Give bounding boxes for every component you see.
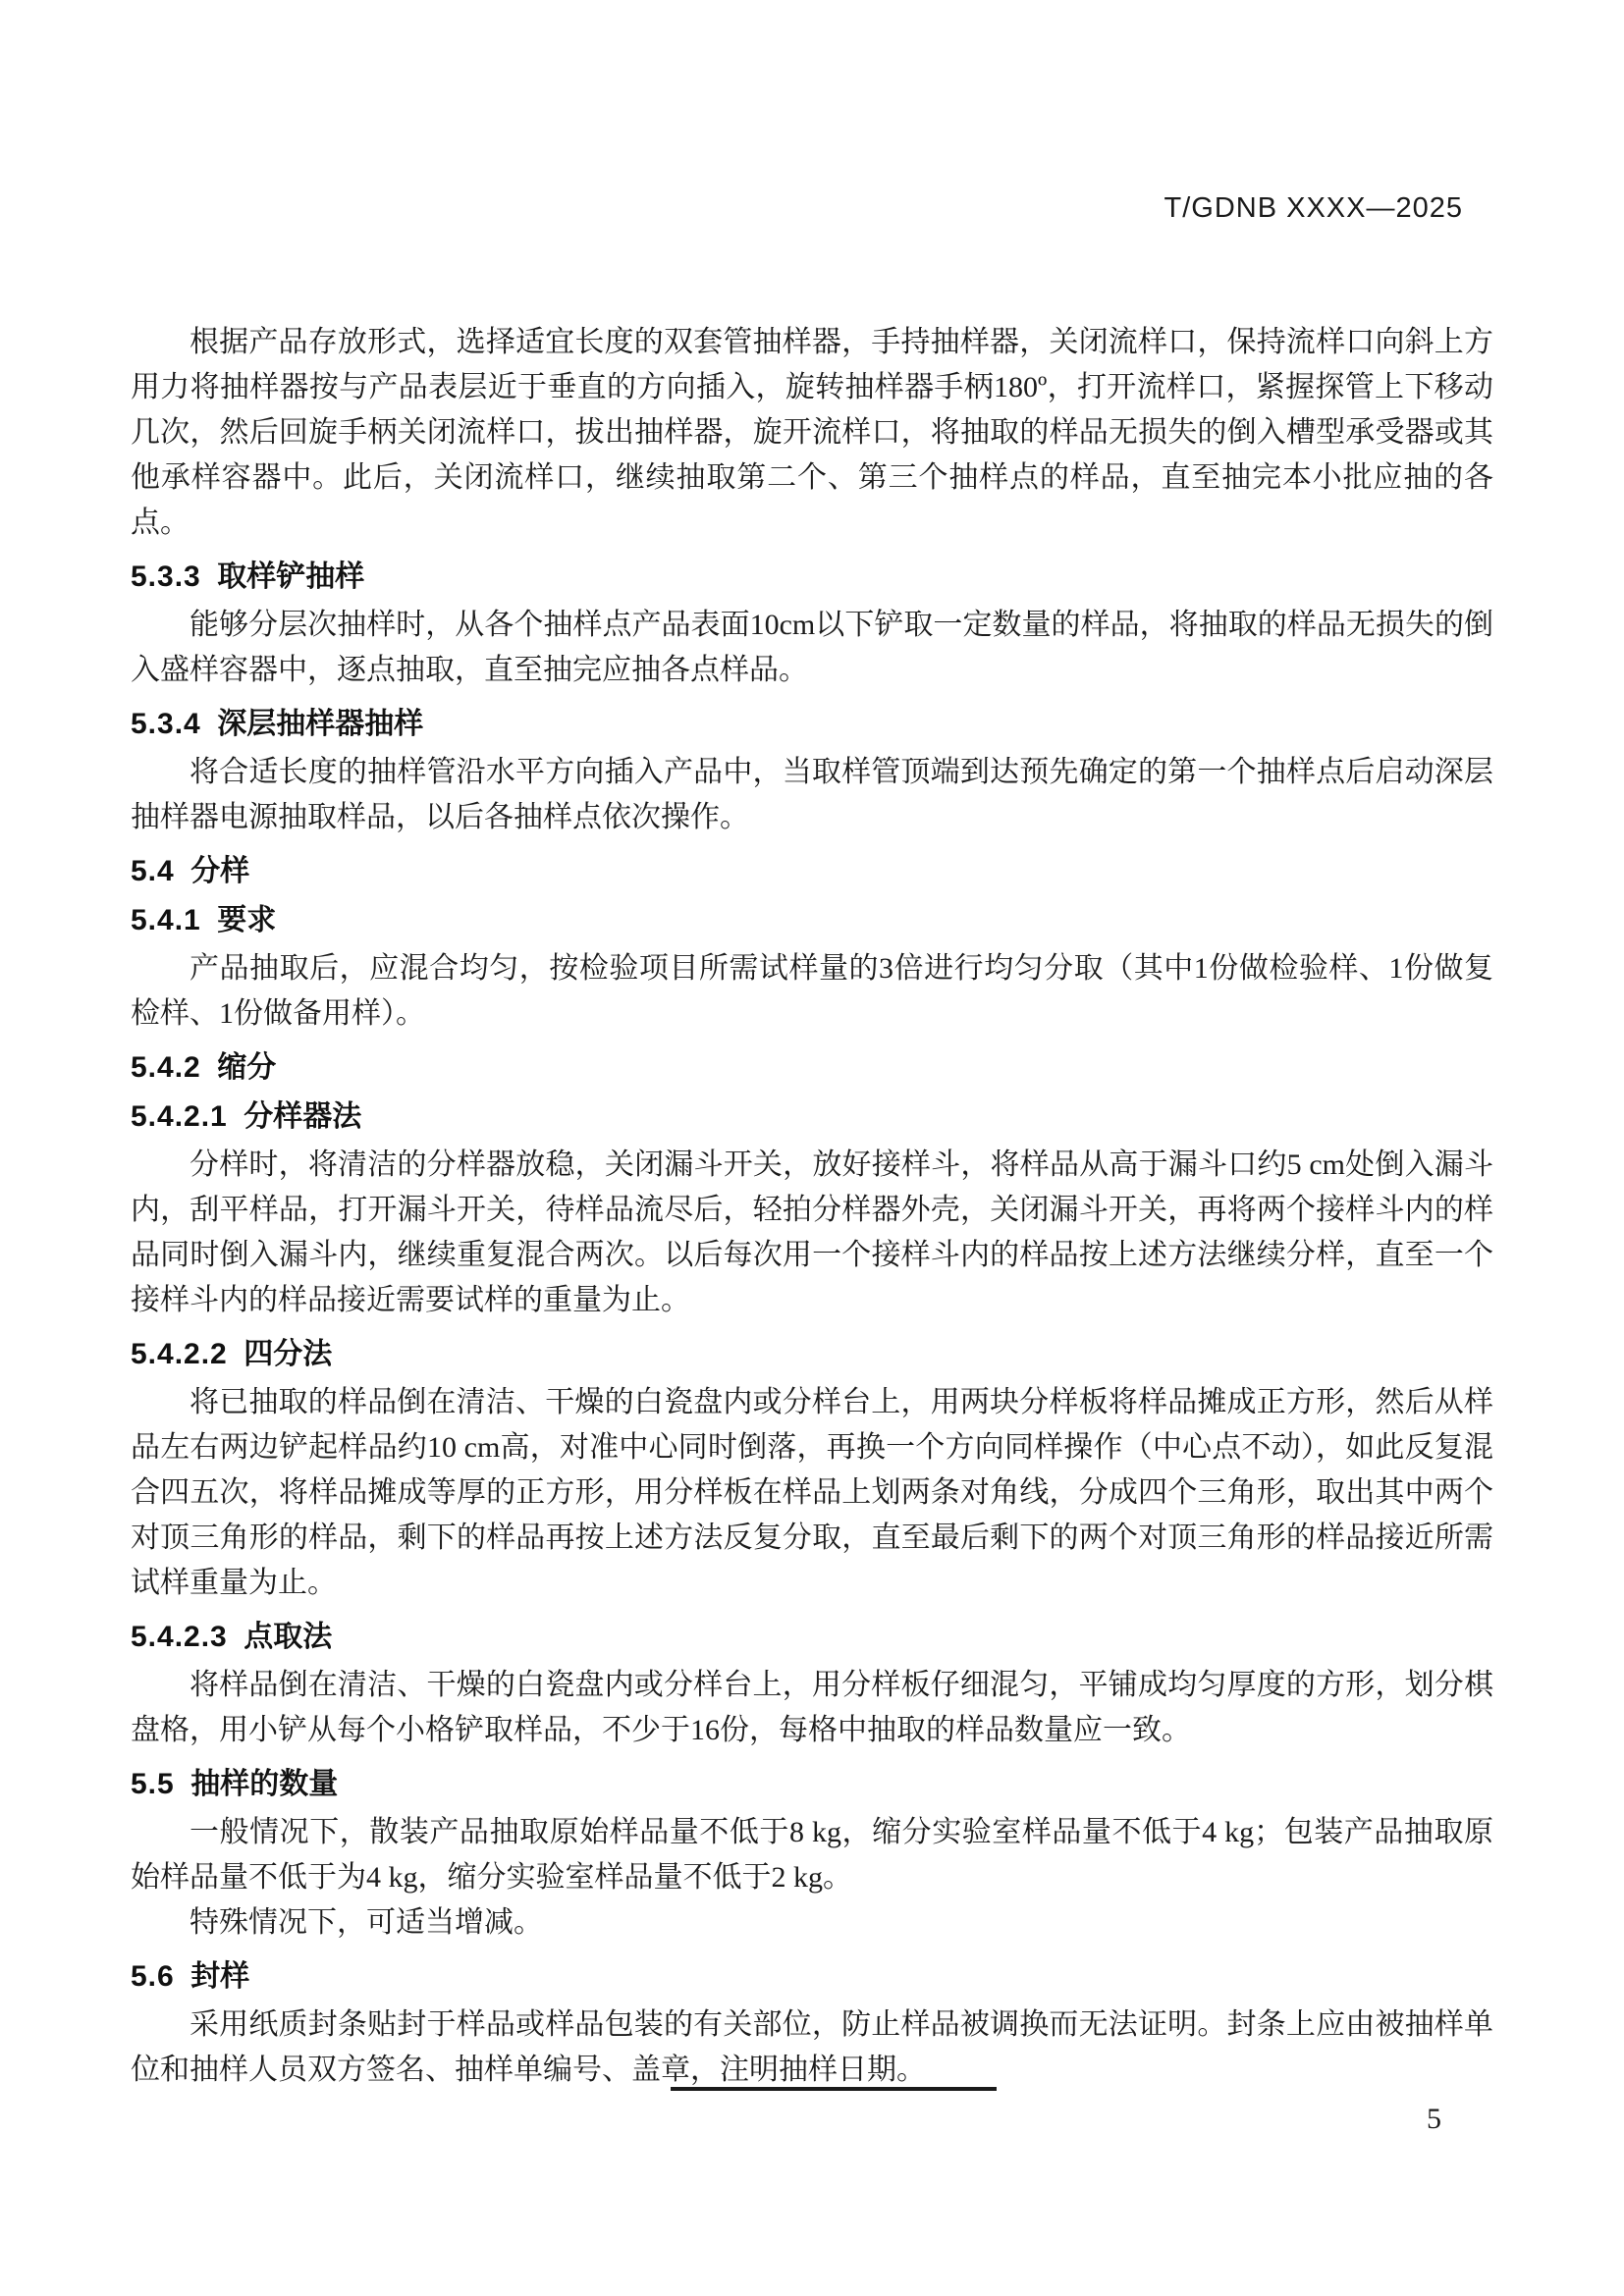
paragraph-deep-sampler: 将合适长度的抽样管沿水平方向插入产品中，当取样管顶端到达预先确定的第一个抽样点后… — [131, 750, 1493, 840]
heading-title: 封样 — [190, 1960, 249, 1993]
heading-number: 5.6 — [131, 1960, 175, 1993]
paragraph-special-cases: 特殊情况下，可适当增减。 — [131, 1900, 1493, 1946]
section-heading-5-3-4: 5.3.4深层抽样器抽样 — [131, 707, 1493, 742]
paragraph-point-picking-method: 将样品倒在清洁、干燥的白瓷盘内或分样台上，用分样板仔细混匀，平铺成均匀厚度的方形… — [131, 1663, 1493, 1753]
section-heading-5-4-2-1: 5.4.2.1分样器法 — [131, 1099, 1493, 1135]
paragraph-divider-method: 分样时，将清洁的分样器放稳，关闭漏斗开关，放好接样斗，将样品从高于漏斗口约5 c… — [131, 1143, 1493, 1323]
heading-title: 抽样的数量 — [190, 1768, 338, 1800]
heading-number: 5.5 — [131, 1768, 175, 1800]
section-heading-5-4: 5.4分样 — [131, 854, 1493, 889]
header-doc-code: T/GDNB XXXX—2025 — [1164, 192, 1464, 225]
section-heading-5-4-2-3: 5.4.2.3点取法 — [131, 1620, 1493, 1655]
heading-number: 5.4.1 — [131, 904, 201, 936]
heading-title: 四分法 — [244, 1338, 332, 1370]
footer-rule — [671, 2087, 997, 2091]
paragraph-division-requirement: 产品抽取后，应混合均匀，按检验项目所需试样量的3倍进行均匀分取（其中1份做检验样… — [131, 946, 1493, 1037]
heading-number: 5.4.2.1 — [131, 1100, 228, 1133]
heading-number: 5.3.3 — [131, 561, 201, 593]
paragraph-quartering-method: 将已抽取的样品倒在清洁、干燥的白瓷盘内或分样台上，用两块分样板将样品摊成正方形，… — [131, 1380, 1493, 1606]
section-heading-5-5: 5.5抽样的数量 — [131, 1767, 1493, 1802]
heading-number: 5.4.2.2 — [131, 1338, 228, 1370]
heading-title: 取样铲抽样 — [217, 561, 364, 593]
section-heading-5-3-3: 5.3.3取样铲抽样 — [131, 560, 1493, 595]
paragraph-double-tube-sampler: 根据产品存放形式，选择适宜长度的双套管抽样器，手持抽样器，关闭流样口，保持流样口… — [131, 320, 1493, 546]
paragraph-sampling-shovel: 能够分层次抽样时，从各个抽样点产品表面10cm以下铲取一定数量的样品，将抽取的样… — [131, 603, 1493, 693]
heading-number: 5.4.2 — [131, 1051, 201, 1084]
heading-title: 要求 — [217, 904, 276, 936]
heading-number: 5.4.2.3 — [131, 1621, 228, 1653]
section-heading-5-6: 5.6封样 — [131, 1959, 1493, 1995]
section-heading-5-4-2: 5.4.2缩分 — [131, 1050, 1493, 1086]
heading-number: 5.3.4 — [131, 708, 201, 740]
paragraph-sampling-quantity: 一般情况下，散装产品抽取原始样品量不低于8 kg，缩分实验室样品量不低于4 kg… — [131, 1810, 1493, 1900]
heading-title: 点取法 — [244, 1621, 332, 1653]
heading-title: 深层抽样器抽样 — [217, 708, 423, 740]
page-number: 5 — [1427, 2103, 1441, 2136]
heading-number: 5.4 — [131, 855, 175, 887]
section-heading-5-4-2-2: 5.4.2.2四分法 — [131, 1337, 1493, 1372]
heading-title: 分样器法 — [244, 1100, 361, 1133]
paragraph-sealing-sample: 采用纸质封条贴封于样品或样品包装的有关部位，防止样品被调换而无法证明。封条上应由… — [131, 2002, 1493, 2093]
document-page: T/GDNB XXXX—2025 根据产品存放形式，选择适宜长度的双套管抽样器，… — [0, 0, 1624, 2296]
heading-title: 缩分 — [217, 1051, 276, 1084]
section-heading-5-4-1: 5.4.1要求 — [131, 903, 1493, 938]
document-content: 根据产品存放形式，选择适宜长度的双套管抽样器，手持抽样器，关闭流样口，保持流样口… — [131, 320, 1493, 2093]
heading-title: 分样 — [190, 855, 249, 887]
